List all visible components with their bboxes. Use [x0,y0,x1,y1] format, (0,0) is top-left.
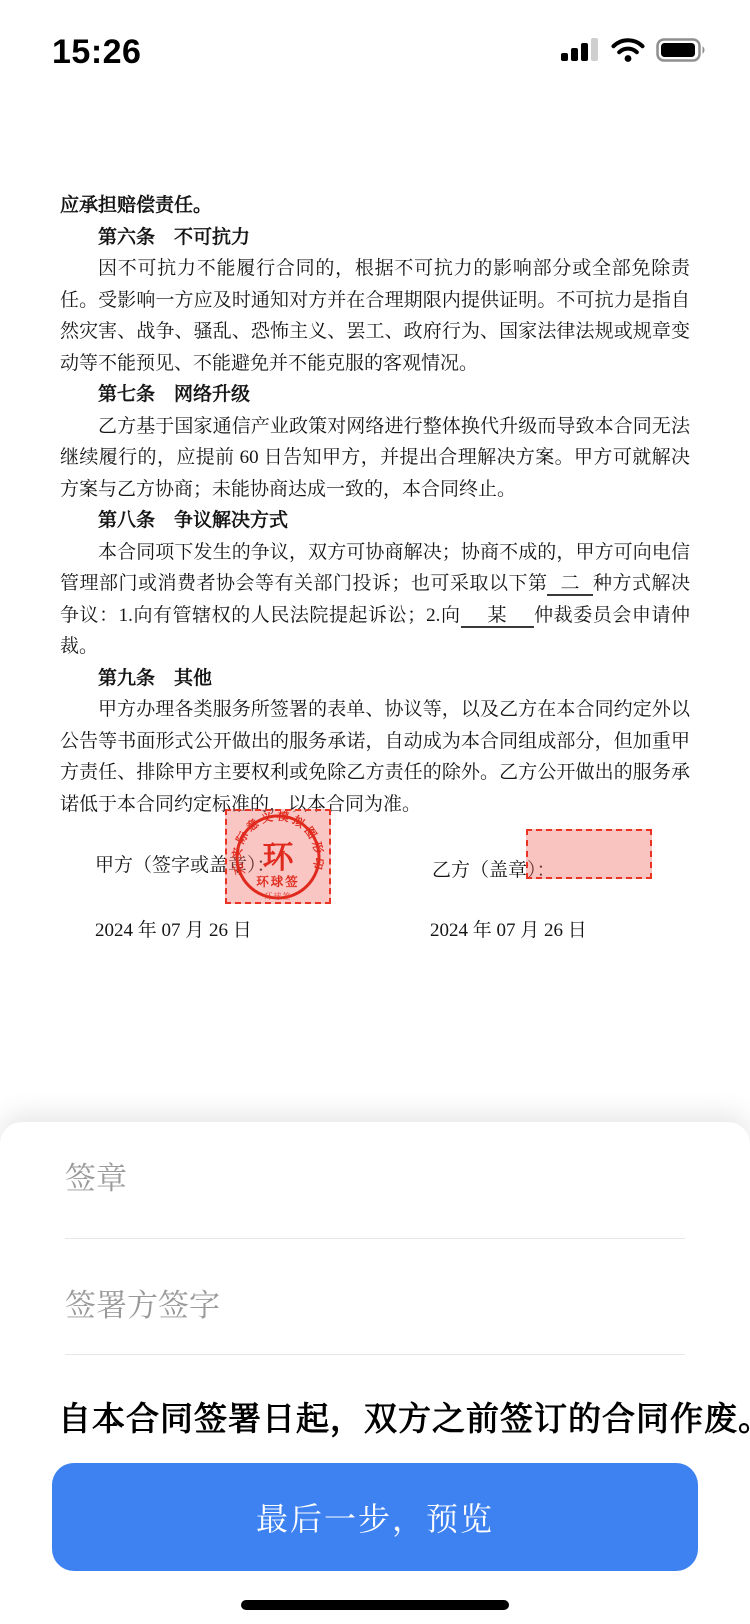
home-indicator[interactable] [241,1600,509,1610]
seal-sub-text: 环球签 [256,874,300,889]
clause-9-heading: 第九条 其他 [60,663,690,695]
party-a-seal-stamp[interactable]: 无实际意义模拟图形印章 环 环球签 环球签 [225,809,331,904]
battery-icon [656,37,708,68]
party-a-sign-date: 2024 年 07 月 26 日 [95,915,252,947]
cellular-signal-icon [560,37,600,68]
status-time: 15:26 [52,33,141,72]
seal-field[interactable]: 签章 [65,1122,685,1200]
signature-dates-row: 2024 年 07 月 26 日 2024 年 07 月 26 日 [60,915,690,947]
contract-void-notice: 自本合同签署日起，双方之前签订的合同作废。 [58,1397,692,1441]
bottom-sheet: 签章 签署方签字 自本合同签署日起，双方之前签订的合同作废。 最后一步，预览 [0,1122,750,1624]
clause-7-heading: 第七条 网络升级 [60,379,690,411]
status-bar: 15:26 [0,0,750,90]
paragraph-carryover: 应承担赔偿责任。 [60,190,690,222]
wifi-icon [610,37,646,68]
party-b-seal-placeholder[interactable] [526,829,652,879]
clause-6-heading: 第六条 不可抗力 [60,222,690,254]
clause-8-blank-filled-2: 某 [461,605,535,628]
clause-8-body: 本合同项下发生的争议，双方可协商解决；协商不成的，甲方可向电信管理部门或消费者协… [60,537,690,663]
clause-8-blank-filled-1: 二 [547,573,593,596]
signer-signature-field[interactable]: 签署方签字 [65,1239,685,1327]
clause-6-body: 因不可抗力不能履行合同的，根据不可抗力的影响部分或全部免除责任。受影响一方应及时… [60,253,690,379]
signer-signature-field-label: 签署方签字 [65,1288,220,1323]
seal-center-character: 环 [263,840,295,875]
clause-8-heading: 第八条 争议解决方式 [60,505,690,537]
party-b-sign-date: 2024 年 07 月 26 日 [430,915,587,947]
seal-watermark-text: 环球签 [227,892,329,901]
signature-row: 甲方（签字或盖章）： 无实际意义模拟图形印章 环 环球签 环球签 乙方（盖章）： [60,820,690,915]
contract-document: 应承担赔偿责任。 第六条 不可抗力 因不可抗力不能履行合同的，根据不可抗力的影响… [0,90,750,947]
seal-field-label: 签章 [65,1161,127,1196]
clause-9-body: 甲方办理各类服务所签署的表单、协议等，以及乙方在本合同约定外以公告等书面形式公开… [60,694,690,820]
company-seal-icon: 无实际意义模拟图形印章 环 环球签 [227,811,329,902]
clause-7-body: 乙方基于国家通信产业政策对网络进行整体换代升级而导致本合同无法继续履行的，应提前… [60,411,690,506]
status-icons [560,37,708,68]
final-step-preview-button[interactable]: 最后一步，预览 [52,1463,698,1571]
field-divider-2 [65,1354,685,1355]
